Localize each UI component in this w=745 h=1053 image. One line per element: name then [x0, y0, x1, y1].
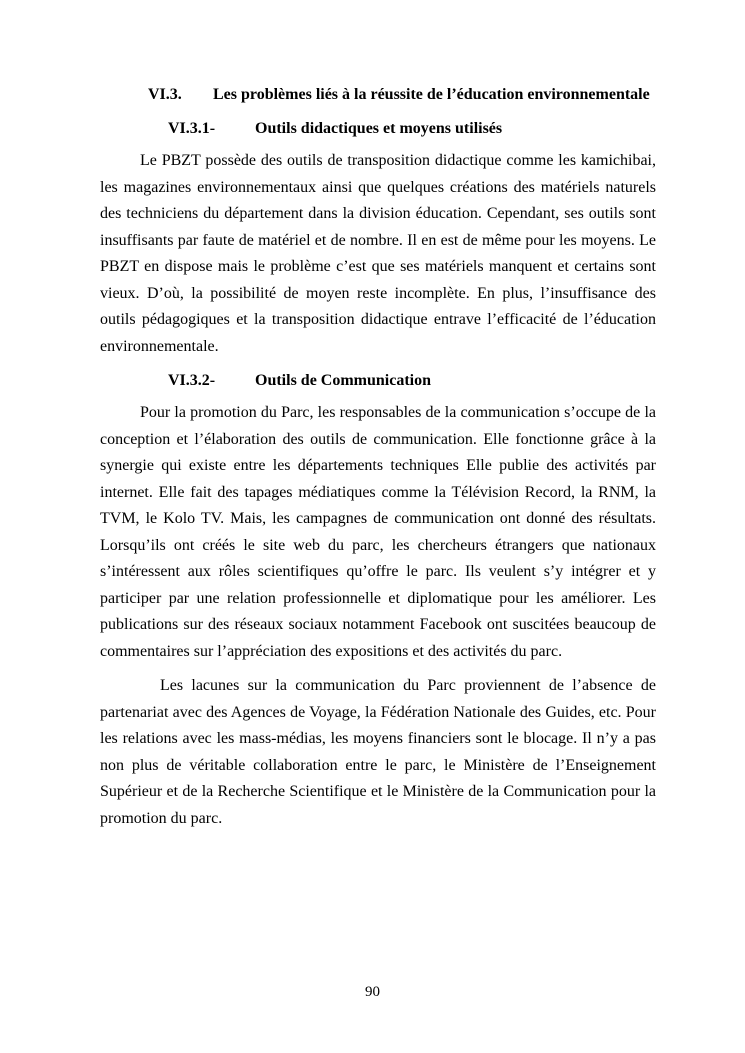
subsection-title: Outils de Communication	[255, 370, 431, 392]
page-content: VI.3. Les problèmes liés à la réussite d…	[100, 84, 656, 832]
subsection-title: Outils didactiques et moyens utilisés	[255, 118, 502, 140]
subsection-heading-vi32: VI.3.2- Outils de Communication	[168, 370, 656, 392]
paragraph-didactic-tools: Le PBZT possède des outils de transposit…	[100, 148, 656, 360]
document-page: VI.3. Les problèmes liés à la réussite d…	[0, 0, 745, 1053]
section-heading-vi3: VI.3. Les problèmes liés à la réussite d…	[148, 84, 656, 106]
subsection-number: VI.3.1-	[168, 118, 255, 140]
section-number: VI.3.	[148, 84, 213, 106]
paragraph-communication-tools: Pour la promotion du Parc, les responsab…	[100, 400, 656, 665]
subsection-heading-vi31: VI.3.1- Outils didactiques et moyens uti…	[168, 118, 656, 140]
paragraph-communication-gaps: Les lacunes sur la communication du Parc…	[100, 673, 656, 832]
page-number: 90	[0, 982, 745, 1002]
section-title: Les problèmes liés à la réussite de l’éd…	[213, 84, 650, 106]
subsection-number: VI.3.2-	[168, 370, 255, 392]
